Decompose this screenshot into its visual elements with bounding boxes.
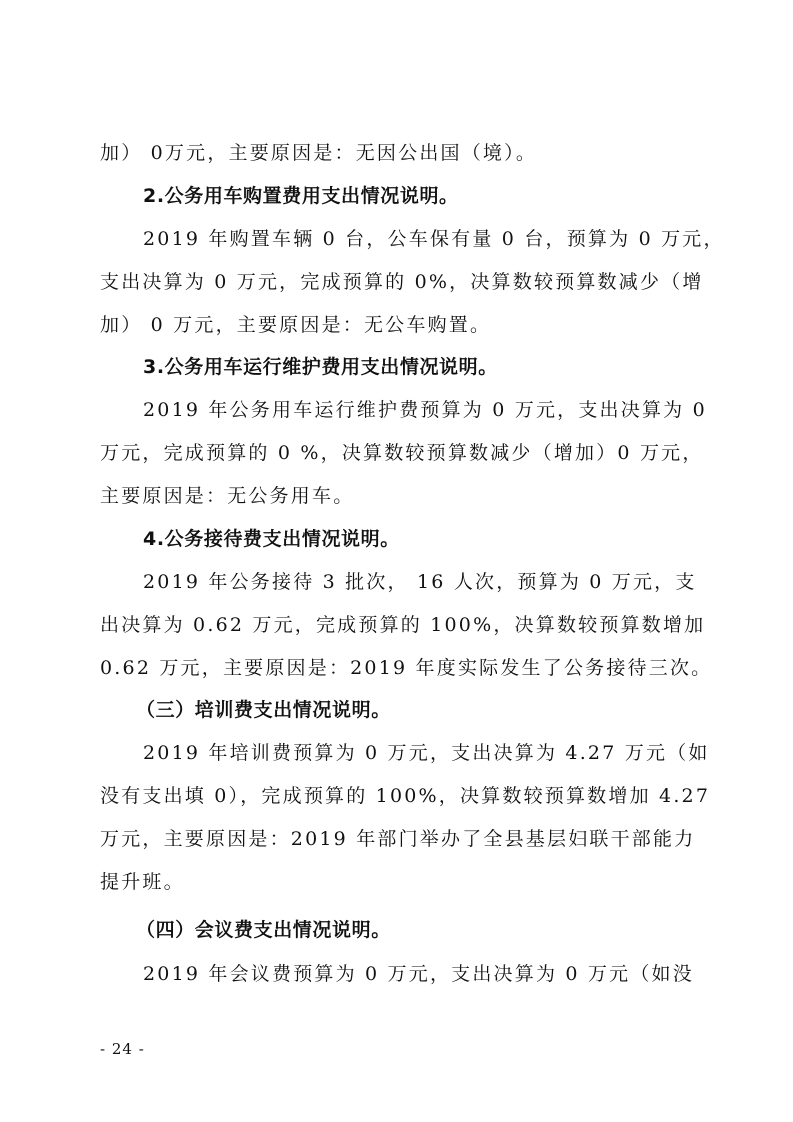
- paragraph-line: 2019 年公务用车运行维护费预算为 0 万元，支出决算为 0: [143, 398, 692, 422]
- paragraph-line: 主要原因是：无公务用车。: [100, 484, 692, 508]
- paragraph-line: 万元，完成预算的 0 %，决算数较预算数减少（增加）0 万元，: [100, 441, 692, 465]
- paragraph-line: 2019 年公务接待 3 批次， 16 人次，预算为 0 万元，支: [143, 570, 692, 594]
- section-heading: 2.公务用车购置费用支出情况说明。: [143, 184, 692, 208]
- paragraph-line: 0.62 万元，主要原因是：2019 年度实际发生了公务接待三次。: [100, 656, 692, 680]
- paragraph-line: 万元，主要原因是：2019 年部门举办了全县基层妇联干部能力: [100, 827, 692, 851]
- section-heading: （四）会议费支出情况说明。: [136, 918, 685, 942]
- section-heading: 3.公务用车运行维护费用支出情况说明。: [143, 355, 692, 379]
- paragraph-line: 加） 0万元，主要原因是：无因公出国（境）。: [100, 141, 692, 165]
- paragraph-line: 加） 0 万元，主要原因是：无公车购置。: [100, 313, 692, 337]
- paragraph-line: 支出决算为 0 万元，完成预算的 0%，决算数较预算数减少（增: [100, 270, 692, 294]
- page-number: - 24 -: [100, 1040, 145, 1058]
- paragraph-line: 2019 年会议费预算为 0 万元，支出决算为 0 万元（如没: [143, 962, 692, 986]
- paragraph-line: 没有支出填 0），完成预算的 100%，决算数较预算数增加 4.27: [100, 784, 692, 808]
- paragraph-line: 出决算为 0.62 万元，完成预算的 100%，决算数较预算数增加: [100, 613, 692, 637]
- section-heading: 4.公务接待费支出情况说明。: [143, 527, 692, 551]
- paragraph-line: 2019 年购置车辆 0 台，公车保有量 0 台，预算为 0 万元，: [143, 227, 692, 251]
- paragraph-line: 提升班。: [100, 870, 692, 894]
- paragraph-line: 2019 年培训费预算为 0 万元，支出决算为 4.27 万元（如: [143, 741, 692, 765]
- section-heading: （三）培训费支出情况说明。: [136, 698, 685, 722]
